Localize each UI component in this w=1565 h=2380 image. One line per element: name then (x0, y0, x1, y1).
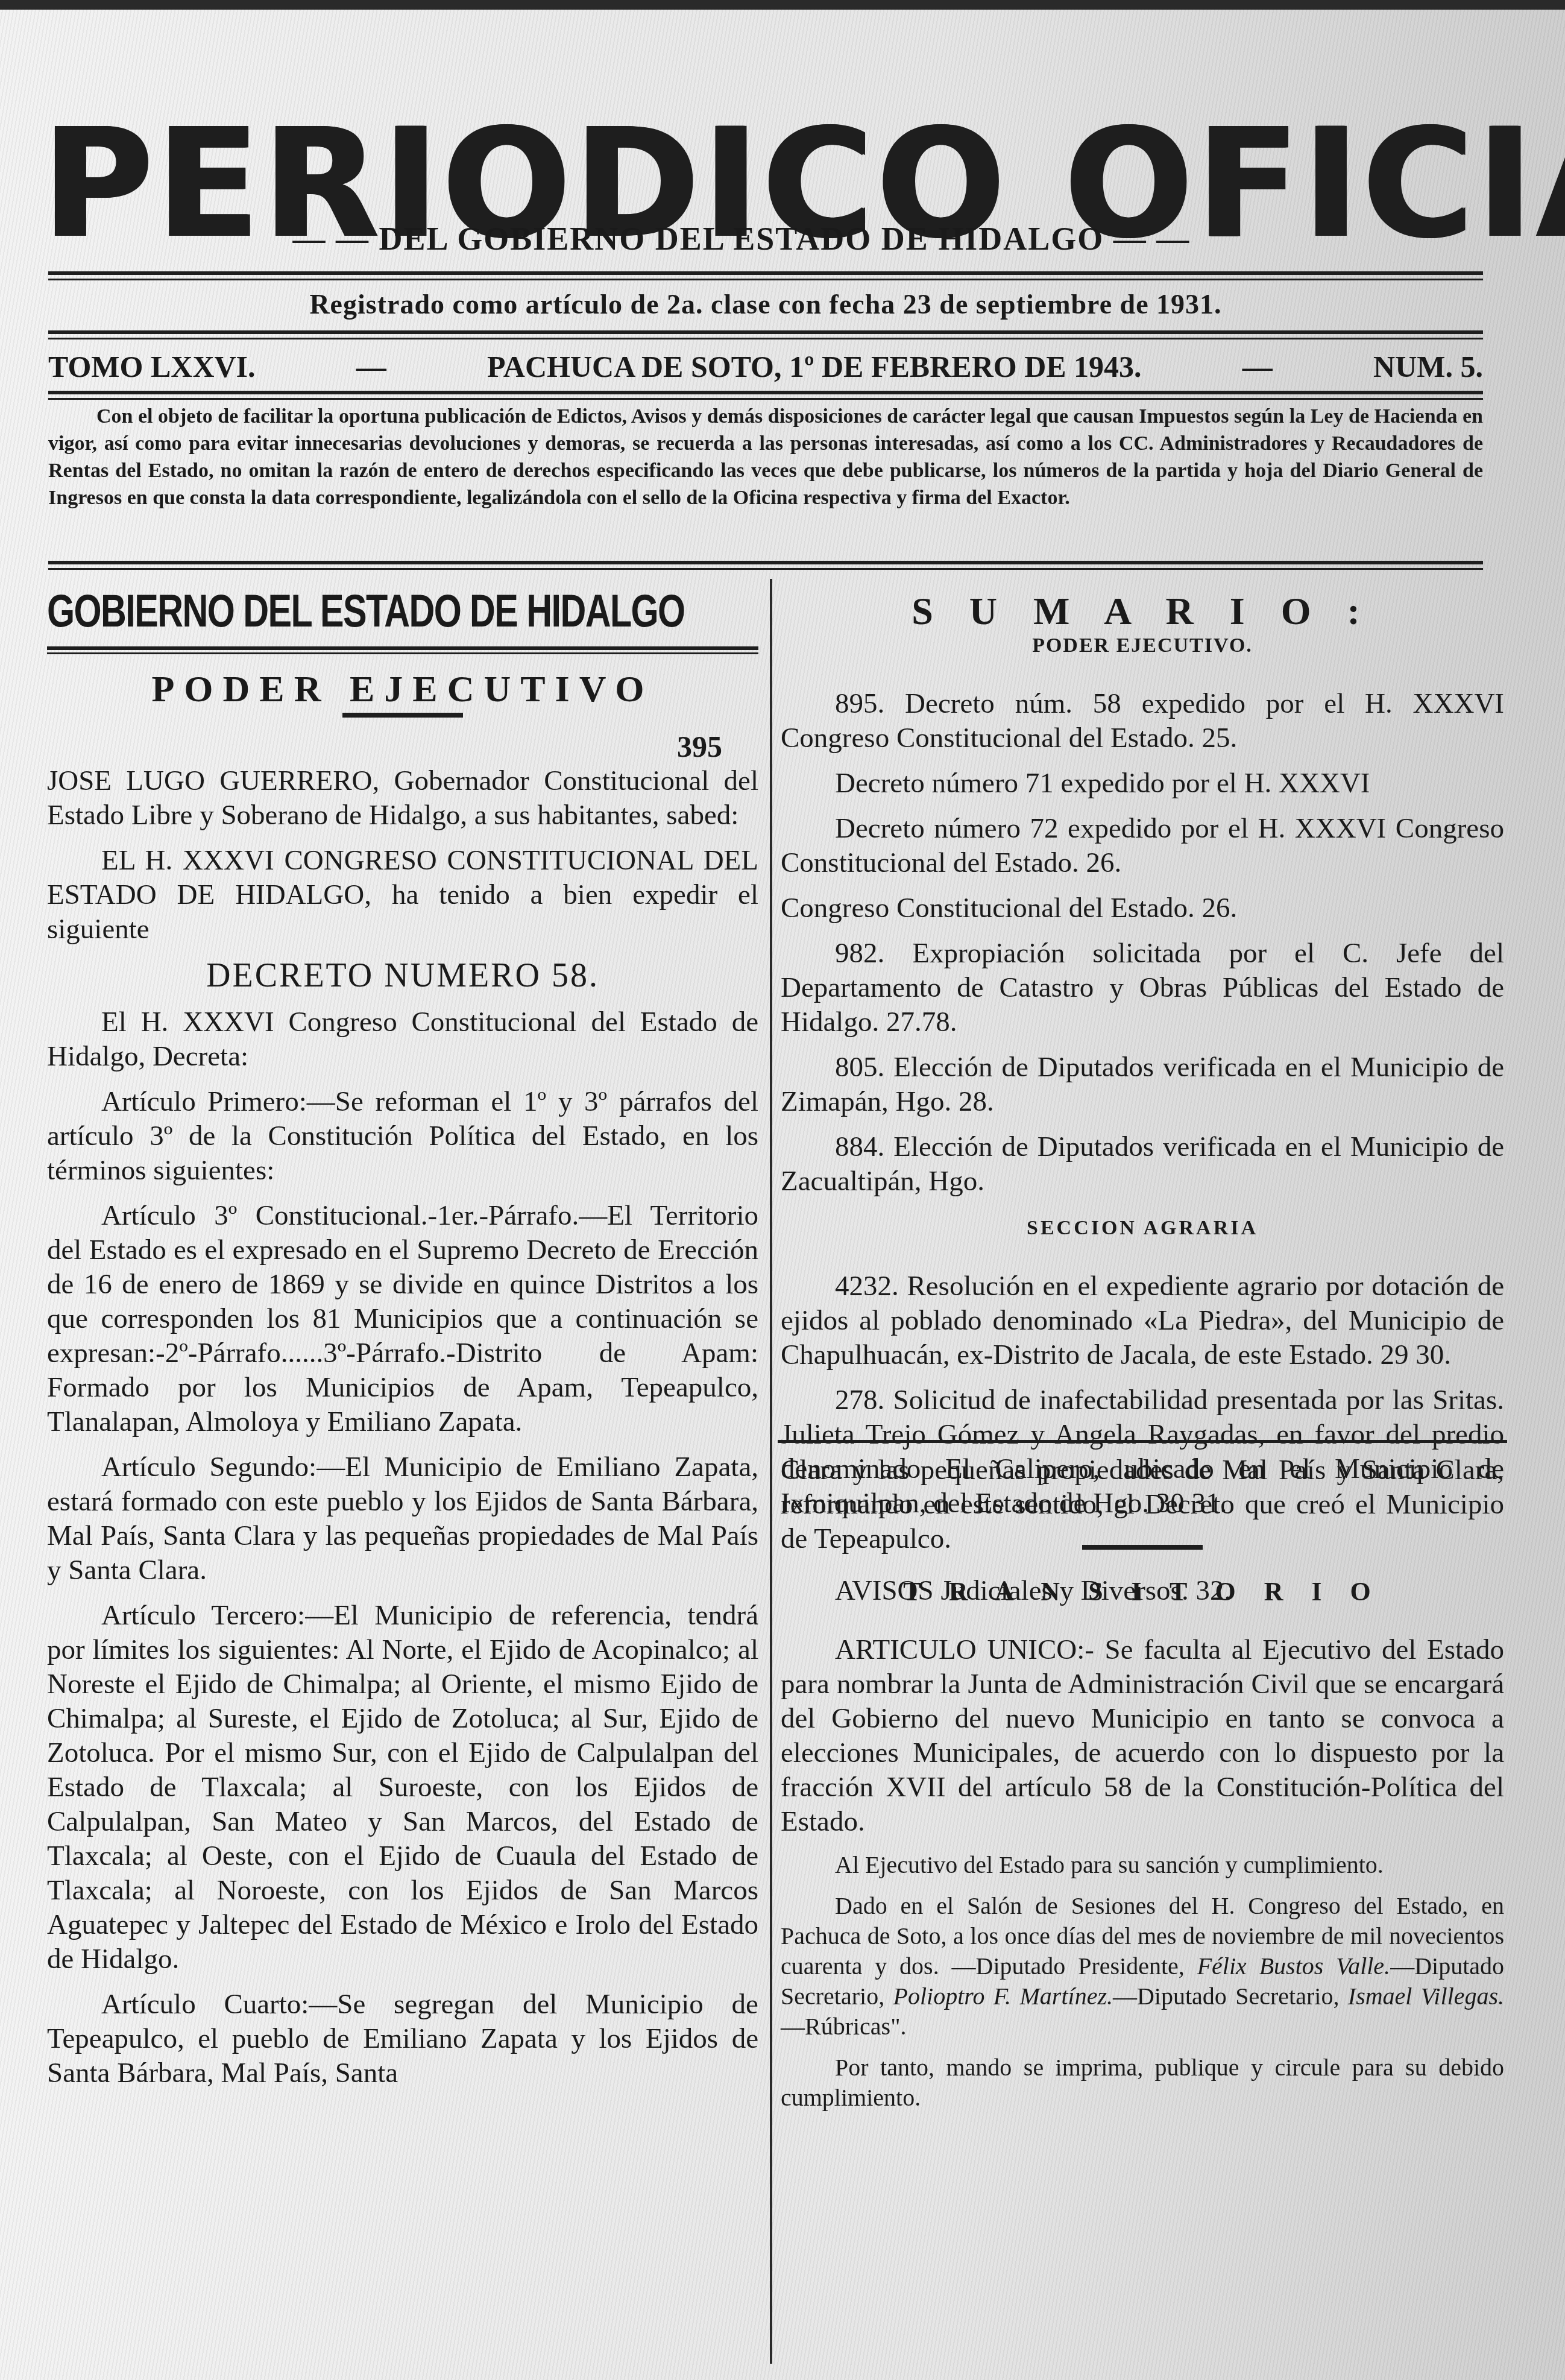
sumario-item: Congreso Constitucional del Estado. 26. (781, 891, 1504, 926)
short-rule (342, 713, 463, 718)
continuation-paragraph: Clara y las pequeñas propiedades de Mal … (781, 1453, 1504, 1556)
secretary-name: Ismael Villegas. (1348, 1983, 1504, 2010)
rule-2 (48, 279, 1483, 280)
decreto-title: DECRETO NUMERO 58. (47, 959, 758, 993)
sumario-item: Decreto número 71 expedido por el H. XXX… (781, 766, 1504, 801)
article-primero: Artículo Primero:—Se reforman el 1º y 3º… (47, 1085, 758, 1188)
right-column-lower: Clara y las pequeñas propiedades de Mal … (781, 1453, 1504, 2124)
decreta-paragraph: El H. XXXVI Congreso Constitucional del … (47, 1005, 758, 1074)
rule-5 (48, 391, 1483, 394)
rule-6 (48, 398, 1483, 400)
decree-reference-number: 395 (47, 730, 722, 764)
dado-text: —Diputado Secretario, (1113, 1983, 1348, 2010)
heading-rule (47, 646, 758, 650)
government-heading: GOBIERNO DEL ESTADO DE HIDALGO (47, 594, 602, 628)
top-border (0, 0, 1565, 10)
poder-ejecutivo-heading: PODER EJECUTIVO (47, 672, 758, 707)
left-column: GOBIERNO DEL ESTADO DE HIDALGO PODER EJE… (47, 594, 758, 2101)
signature-paragraph: Dado en el Salón de Sesiones del H. Cong… (781, 1891, 1504, 2042)
rule-1 (48, 271, 1483, 275)
separator: — (356, 349, 386, 384)
congress-statement: EL H. XXXVI CONGRESO CONSTITUCIONAL DEL … (47, 844, 758, 947)
al-ejecutivo-paragraph: Al Ejecutivo del Estado para su sanción … (781, 1850, 1504, 1880)
sumario-item: Decreto número 72 expedido por el H. XXX… (781, 812, 1504, 880)
rule-7 (48, 561, 1483, 564)
sumario-item: 805. Elección de Diputados verificada en… (781, 1050, 1504, 1119)
article-3-constitucional: Artículo 3º Constitucional.-1er.-Párrafo… (47, 1199, 758, 1439)
issue-number: NUM. 5. (1373, 349, 1483, 384)
newspaper-page: PERIODICO OFICIAL — — DEL GOBIERNO DEL E… (0, 0, 1565, 2380)
issue-line: TOMO LXXVI. — PACHUCA DE SOTO, 1º DE FEB… (48, 349, 1483, 385)
heading-rule (47, 652, 758, 654)
article-tercero: Artículo Tercero:—El Municipio de refere… (47, 1599, 758, 1977)
governor-intro: JOSE LUGO GUERRERO, Gobernador Constituc… (47, 764, 758, 833)
place-date: PACHUCA DE SOTO, 1º DE FEBRERO DE 1943. (487, 349, 1142, 384)
article-cuarto: Artículo Cuarto:—Se segregan del Municip… (47, 1987, 758, 2091)
sumario-bottom-rule (778, 1440, 1507, 1443)
column-divider (770, 579, 772, 2364)
agraria-item: 4232. Resolución en el expediente agrari… (781, 1269, 1504, 1372)
masthead-subtitle: — — DEL GOBIERNO DEL ESTADO DE HIDALGO —… (229, 220, 1254, 257)
rule-4 (48, 338, 1483, 339)
article-segundo: Artículo Segundo:—El Municipio de Emilia… (47, 1450, 758, 1588)
registration-line: Registrado como artículo de 2a. clase co… (223, 288, 1308, 320)
president-name: Félix Bustos Valle. (1197, 1952, 1390, 1980)
sumario-item: 884. Elección de Diputados verificada en… (781, 1130, 1504, 1199)
transitorio-heading: T R A N S I T O R I O (781, 1574, 1504, 1609)
articulo-unico: ARTICULO UNICO:- Se faculta al Ejecutivo… (781, 1633, 1504, 1839)
por-tanto-paragraph: Por tanto, mando se imprima, publique y … (781, 2053, 1504, 2113)
publication-notice: Con el objeto de facilitar la oportuna p… (48, 403, 1483, 511)
sumario-item: 895. Decreto núm. 58 expedido por el H. … (781, 687, 1504, 756)
seccion-agraria-heading: SECCION AGRARIA (781, 1211, 1504, 1245)
rubricas-text: —Rúbricas". (781, 2013, 907, 2040)
sumario-item: 982. Expropiación solicitada por el C. J… (781, 936, 1504, 1040)
secretary-name: Polioptro F. Martínez. (893, 1983, 1113, 2010)
separator: — (1242, 349, 1273, 384)
tomo: TOMO LXXVI. (48, 349, 256, 384)
rule-3 (48, 330, 1483, 334)
sumario-title: S U M A R I O : (781, 594, 1504, 628)
rule-8 (48, 568, 1483, 570)
sumario-subtitle: PODER EJECUTIVO. (781, 628, 1504, 663)
